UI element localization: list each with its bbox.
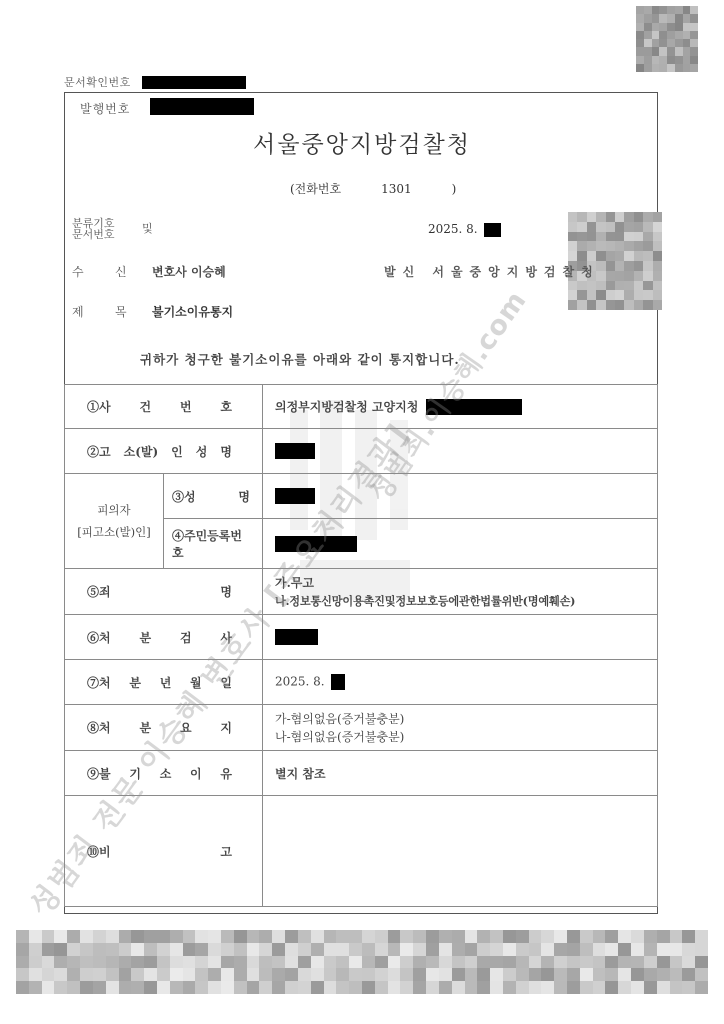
- value-disposition-summary: 가-혐의없음(증거불충분) 나-혐의없음(증거불충분): [263, 705, 658, 751]
- table-row-charges: ⑤죄명 가.무고 나.정보통신망이용촉진및정보보호등에관한법률위반(명예훼손): [65, 569, 658, 615]
- label-char: 성: [196, 443, 208, 460]
- value-prosecutor: [263, 615, 658, 660]
- label-char: ⑦처: [87, 674, 111, 691]
- label-char: 번: [180, 398, 192, 415]
- disposition-b: 나-혐의없음(증거불충분): [275, 728, 657, 746]
- agency-title: 서울중앙지방검찰청: [0, 126, 724, 159]
- redacted-prosecutor-name: [275, 629, 318, 645]
- label-char: ①사: [87, 398, 111, 415]
- table-row-disposition-summary: ⑧처분요지 가-혐의없음(증거불충분) 나-혐의없음(증거불충분): [65, 705, 658, 751]
- redacted-day: [484, 223, 501, 237]
- label-char: 인: [171, 443, 183, 460]
- recipient-value: 변호사 이승혜: [152, 263, 226, 280]
- redacted-case-number: [426, 399, 522, 415]
- document-date-text: 2025. 8.: [428, 222, 478, 236]
- label-char: ⑥처: [87, 629, 111, 646]
- label-suspect-id: ④주민등록번호: [164, 519, 263, 569]
- label-char: 명: [220, 443, 232, 460]
- label-char: 년: [160, 674, 172, 691]
- label-char: 고: [220, 843, 232, 860]
- label-prosecutor: ⑥처분검사: [65, 615, 263, 660]
- label-charges: ⑤죄명: [65, 569, 263, 615]
- value-suspect-name: [263, 474, 658, 519]
- disposition-a: 가-혐의없음(증거불충분): [275, 710, 657, 728]
- pixelated-footer: [16, 930, 708, 994]
- label-char: 분: [139, 629, 151, 646]
- redacted-disposition-day: [331, 674, 345, 690]
- redacted-complainant-name: [275, 443, 315, 459]
- redacted-suspect-name: [275, 488, 315, 504]
- subject-value: 불기소이유통지: [152, 303, 233, 320]
- label-char: 이: [190, 765, 202, 782]
- label-char: ⑧처: [87, 719, 111, 736]
- label-char: 월: [190, 674, 202, 691]
- table-row-remarks: ⑩비고: [65, 796, 658, 907]
- table-row-case-number: ①사건번호 의정부지방검찰청 고양지청: [65, 385, 658, 429]
- label-suspect-group: 피의자 [피고소(발)인]: [65, 474, 164, 569]
- label-char: 기: [129, 765, 141, 782]
- redacted-issue-number: [150, 98, 254, 115]
- subject-key-1: 제: [72, 303, 84, 320]
- document-date: 2025. 8.: [428, 222, 501, 237]
- classification-label-line2: 문서번호: [72, 229, 115, 240]
- charge-b: 나.정보통신망이용촉진및정보보호등에관한법률위반(명예훼손): [275, 592, 657, 610]
- table-row-complainant: ②고소(발)인성명: [65, 429, 658, 474]
- label-char: 명: [220, 583, 232, 600]
- label-char: 검: [180, 629, 192, 646]
- value-remarks: [263, 796, 658, 907]
- table-row-non-indictment-reason: ⑨불기소이유 별지 참조: [65, 751, 658, 796]
- phone-label: (전화번호: [290, 182, 341, 196]
- table-row-disposition-date: ⑦처분년월일 2025. 8.: [65, 660, 658, 705]
- label-char: 분: [139, 719, 151, 736]
- label-char: 사: [220, 629, 232, 646]
- label-char: 유: [220, 765, 232, 782]
- value-suspect-id: [263, 519, 658, 569]
- suspect-group-line2: [피고소(발)인]: [65, 521, 163, 543]
- label-remarks: ⑩비고: [65, 796, 263, 907]
- classification-and: 및: [142, 220, 153, 236]
- classification-label: 분류기호 문서번호: [72, 218, 115, 240]
- phone-line: (전화번호1301): [290, 180, 456, 197]
- charge-a: 가.무고: [275, 574, 657, 592]
- issue-number-label: 발행번호: [80, 100, 130, 117]
- case-number-prefix: 의정부지방검찰청 고양지청: [275, 400, 418, 414]
- phone-close: ): [452, 182, 457, 196]
- disposition-date-text: 2025. 8.: [275, 675, 325, 689]
- subject-key-2: 목: [115, 303, 127, 320]
- sender: 발신 서울중앙지방검찰청: [384, 263, 600, 280]
- phone-number: 1301: [381, 182, 412, 196]
- label-char: 분: [129, 674, 141, 691]
- value-non-indictment-reason: 별지 참조: [263, 751, 658, 796]
- pixelated-stamp-sender: [568, 212, 662, 310]
- label-char: ②고: [87, 443, 111, 460]
- value-case-number: 의정부지방검찰청 고양지청: [263, 385, 658, 429]
- recipient-key-2: 신: [115, 263, 127, 280]
- label-char: ④주민등록번호: [172, 527, 250, 561]
- table-row-suspect-name: 피의자 [피고소(발)인] ③성명: [65, 474, 658, 519]
- label-char: 호: [220, 398, 232, 415]
- label-disposition-summary: ⑧처분요지: [65, 705, 263, 751]
- label-char: ⑩비: [87, 843, 111, 860]
- label-char: 소(발): [124, 443, 159, 460]
- label-non-indictment-reason: ⑨불기소이유: [65, 751, 263, 796]
- notice-table: ①사건번호 의정부지방검찰청 고양지청 ②고소(발)인성명 피의자 [피고소(발…: [64, 384, 658, 907]
- label-char: 요: [180, 719, 192, 736]
- pixelated-stamp-top: [636, 6, 698, 72]
- recipient-key-1: 수: [72, 263, 84, 280]
- label-case-number: ①사건번호: [65, 385, 263, 429]
- table-row-prosecutor: ⑥처분검사: [65, 615, 658, 660]
- label-complainant: ②고소(발)인성명: [65, 429, 263, 474]
- label-char: 명: [238, 488, 250, 505]
- label-char: ⑨불: [87, 765, 111, 782]
- value-disposition-date: 2025. 8.: [263, 660, 658, 705]
- redacted-document-confirm-number: [142, 76, 246, 89]
- suspect-group-line1: 피의자: [65, 499, 163, 521]
- document-confirm-number-label: 문서확인번호: [64, 74, 131, 90]
- label-char: ⑤죄: [87, 583, 111, 600]
- label-suspect-name: ③성명: [164, 474, 263, 519]
- label-char: 지: [220, 719, 232, 736]
- label-disposition-date: ⑦처분년월일: [65, 660, 263, 705]
- label-char: 건: [139, 398, 151, 415]
- label-char: 소: [160, 765, 172, 782]
- redacted-resident-number: [275, 536, 357, 552]
- value-complainant: [263, 429, 658, 474]
- label-char: 일: [220, 674, 232, 691]
- value-charges: 가.무고 나.정보통신망이용촉진및정보보호등에관한법률위반(명예훼손): [263, 569, 658, 615]
- intro-sentence: 귀하가 청구한 불기소이유를 아래와 같이 통지합니다.: [140, 350, 460, 368]
- label-char: ③성: [172, 488, 196, 505]
